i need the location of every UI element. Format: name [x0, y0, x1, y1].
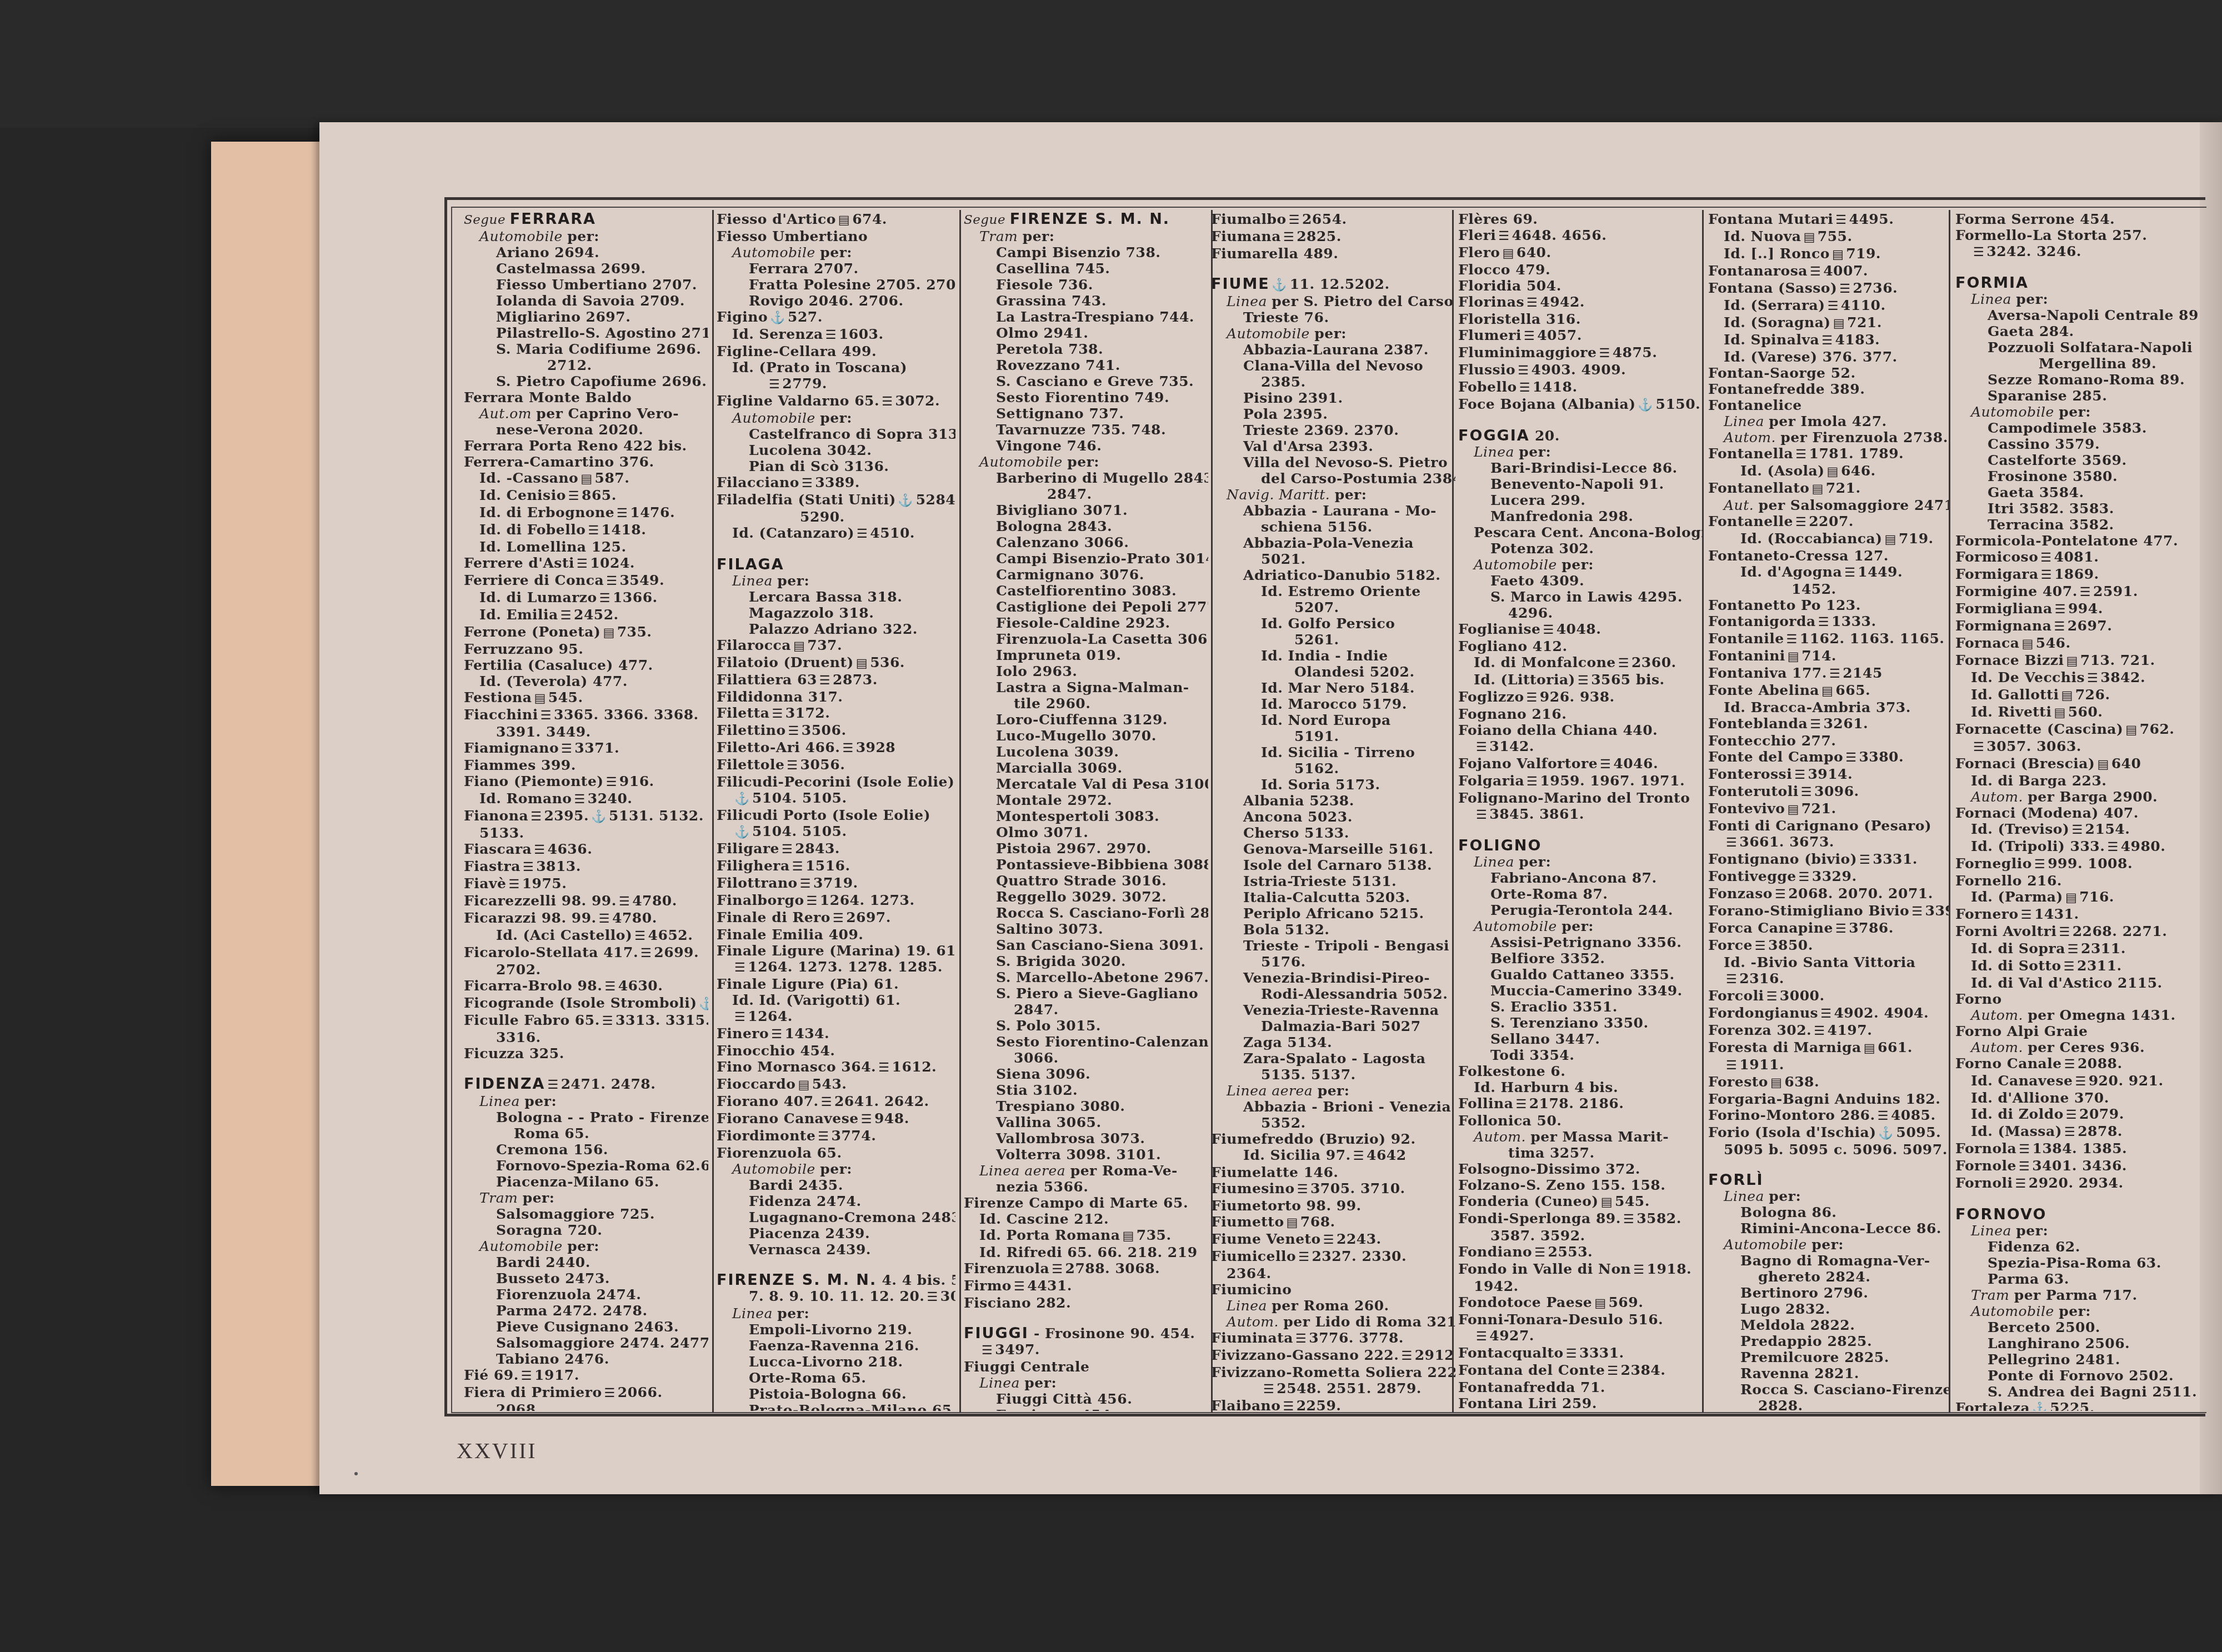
index-entry: Filettino☰3506. [717, 722, 955, 739]
index-entry: Id. Bracca-Ambria 373. [1708, 699, 1950, 715]
bus-icon: ☰ [1623, 1212, 1634, 1228]
index-entry: Venezia-Brindisi-Pireo- [1211, 970, 1455, 986]
index-entry: Fontanini▤714. [1708, 648, 1950, 665]
index-entry: Cassino 3579. [1955, 436, 2205, 452]
column-divider [1452, 210, 1454, 1413]
connection-label: Autom. per Massa Marit- [1458, 1129, 1703, 1145]
index-entry: Floristella 316. [1458, 311, 1703, 327]
bus-icon: ☰ [2040, 550, 2051, 566]
bus-icon: ☰ [771, 1027, 782, 1043]
index-entry: Fiavè☰1975. [464, 875, 708, 893]
index-entry: S. Marcello-Abetone 2967. [964, 969, 1208, 985]
index-entry: Fiera di Primiero☰2066. [464, 1384, 708, 1401]
bus-icon: ☰ [1786, 632, 1798, 648]
index-entry: schiena 5156. [1211, 519, 1455, 535]
index-entry: Id. (Massa)☰2878. [1955, 1123, 2205, 1140]
connection-label: Automobile per: [717, 244, 955, 261]
index-entry: Ferrone (Poneta)▤735. [464, 624, 708, 641]
index-entry: Id. Cascine 212. [964, 1211, 1208, 1227]
bus-icon: ☰ [861, 1112, 872, 1128]
bus-icon: ☰ [2064, 1057, 2075, 1073]
index-entry: 2068. [464, 1401, 708, 1411]
index-entry: Id. di Val d'Astico 2115. [1955, 975, 2205, 991]
index-entry: Fiesso Umbertiano [717, 228, 955, 244]
bus-icon: ☰ [1476, 739, 1487, 755]
index-entry: Id. Romano☰3240. [464, 790, 708, 808]
tram-icon: ▤ [2054, 705, 2065, 721]
section-spacer [1211, 262, 1455, 276]
index-entry: ☰1264. 1273. 1278. 1285. [717, 959, 955, 976]
index-entry: 5095 b. 5095 c. 5096. 5097. 5098. [1708, 1142, 1950, 1158]
bus-icon: ☰ [617, 505, 628, 522]
index-entry: Id. India - Indie [1211, 648, 1455, 664]
index-entry: nese-Verona 2020. [464, 422, 708, 438]
index-entry: Pontassieve-Bibbiena 3088. [964, 857, 1208, 873]
column-divider [712, 210, 714, 1413]
index-entry: Fiamignano☰3371. [464, 740, 708, 757]
connection-label: Tram per Parma 717. [1955, 1287, 2205, 1303]
index-entry: Vernasca 2439. [717, 1241, 955, 1258]
index-entry: Bari-Brindisi-Lecce 86. [1458, 460, 1703, 476]
index-column-4: Fiumalbo☰2654.Fiumana☰2825.Fiumarella 48… [1211, 211, 1455, 1411]
index-entry: Muccia-Camerino 3349. [1458, 983, 1703, 999]
index-entry: Ancona 5023. [1211, 809, 1455, 825]
bus-icon: ☰ [769, 377, 780, 393]
index-entry: Olmo 2941. [964, 325, 1208, 341]
index-entry: Formigine 407.☰2591. [1955, 583, 2205, 600]
index-entry: 5290. [717, 509, 955, 525]
index-entry: Fontanella☰1781. 1789. [1708, 445, 1950, 463]
index-entry: Foresta di Marniga▤661. [1708, 1039, 1950, 1057]
index-entry: Migliarino 2697. [464, 309, 708, 325]
index-entry: Folsogno-Dissimo 372. [1458, 1161, 1703, 1177]
index-entry: Fontana Mutari☰4495. [1708, 211, 1950, 228]
index-entry: Clana-Villa del Nevoso [1211, 358, 1455, 374]
section-spacer [464, 1062, 708, 1076]
index-entry: Trespiano 3080. [964, 1098, 1208, 1114]
index-entry: Filetta☰3172. [717, 705, 955, 722]
bus-icon: ☰ [1726, 972, 1737, 988]
index-entry: Bola 5132. [1211, 922, 1455, 938]
index-entry: Sparanise 285. [1955, 388, 2205, 404]
index-entry: Zaga 5134. [1211, 1034, 1455, 1050]
index-entry: Isole del Carnaro 5138. [1211, 857, 1455, 873]
scan-background [0, 0, 2222, 128]
index-entry: Piacenza 2439. [717, 1225, 955, 1241]
index-entry: Pistoia-Bologna 66. [717, 1386, 955, 1402]
index-entry: Ficarra-Brolo 98.☰4630. [464, 978, 708, 995]
tram-icon: ▤ [1811, 481, 1823, 497]
index-entry: Fontana Liri 259. [1458, 1395, 1703, 1411]
connection-label: Linea per: [1708, 1188, 1950, 1204]
bus-icon: ☰ [560, 608, 572, 624]
bus-icon: ☰ [2080, 584, 2091, 600]
bus-icon: ☰ [2064, 959, 2075, 975]
station-heading: FIRENZE S. M. N. 4. 4 bis. 5. [717, 1272, 955, 1288]
section-spacer [1458, 413, 1703, 428]
index-entry: Fiorenzuola 2474. [464, 1286, 708, 1303]
bus-icon: ☰ [2064, 1124, 2075, 1140]
bus-icon: ☰ [1578, 673, 1589, 689]
index-entry: Lucolena 3042. [717, 442, 955, 458]
bus-icon: ☰ [857, 526, 868, 542]
bus-icon: ☰ [2055, 602, 2066, 618]
index-entry: 1942. [1458, 1278, 1703, 1294]
index-entry: ⚓5104. 5105. [717, 823, 955, 840]
index-entry: Parma 63. [1955, 1271, 2205, 1287]
connection-label: Automobile per: [1708, 1237, 1950, 1253]
bus-icon: ☰ [561, 741, 572, 757]
tram-icon: ▤ [1787, 802, 1799, 818]
bus-icon: ☰ [604, 1385, 615, 1401]
index-entry: Settignano 737. [964, 406, 1208, 422]
index-entry: Fluminimaggiore☰4875. [1458, 344, 1703, 362]
bus-icon: ☰ [800, 876, 811, 892]
bus-icon: ☰ [1839, 281, 1850, 297]
index-entry: Firenze Campo di Marte 65. [964, 1195, 1208, 1211]
index-entry: Fondiano☰2553. [1458, 1244, 1703, 1261]
index-column-3: Segue FIRENZE S. M. N.Tram per:Campi Bis… [964, 211, 1208, 1411]
bus-icon: ☰ [807, 893, 818, 909]
connection-label: Linea per: [717, 1305, 955, 1321]
index-entry: Id. (Tripoli) 333.☰4980. [1955, 838, 2205, 855]
index-entry: Ficarezzelli 98. 99.☰4780. [464, 893, 708, 910]
index-entry: Fiesole 736. [964, 277, 1208, 293]
index-entry: Id. -Cassano▤587. [464, 470, 708, 487]
index-entry: Fontaneto-Cressa 127. [1708, 548, 1950, 564]
bus-icon: ☰ [821, 1094, 832, 1110]
bus-icon: ☰ [634, 928, 645, 944]
index-entry: Fioccardo▤543. [717, 1076, 955, 1093]
bus-icon: ☰ [599, 911, 610, 927]
index-entry: Lugagnano-Cremona 2483. [717, 1209, 955, 1225]
index-entry: Ferrere d'Asti☰1024. [464, 555, 708, 572]
index-entry: Aversa-Napoli Centrale 89 [1955, 307, 2205, 323]
index-entry: Firmo☰4431. [964, 1278, 1208, 1295]
bus-icon: ☰ [1534, 1245, 1545, 1261]
connection-label: Linea per S. Pietro del Carso - [1211, 293, 1455, 309]
index-entry: Fondo in Valle di Non☰1918. [1458, 1261, 1703, 1278]
index-entry: Fratta Polesine 2705. 2706. [717, 277, 955, 293]
station-heading: FIDENZA☰2471. 2478. [464, 1076, 708, 1093]
tram-icon: ▤ [1601, 1194, 1613, 1210]
index-entry: Id. di Zoldo☰2079. [1955, 1106, 2205, 1123]
bus-icon: ☰ [792, 859, 803, 875]
index-entry: Vingone 746. [964, 438, 1208, 454]
bus-icon: ☰ [2015, 1176, 2026, 1192]
index-entry: Fiascara☰4636. [464, 841, 708, 858]
index-entry: Id. (Roccabianca)▤719. [1708, 530, 1950, 548]
connection-label: Linea aerea per Roma-Ve- [964, 1163, 1208, 1179]
index-entry: Fobello☰1418. [1458, 379, 1703, 396]
index-entry: Fontignano (bivio)☰3331. [1708, 851, 1950, 868]
index-entry: Fonteblanda☰3261. [1708, 715, 1950, 733]
index-entry: Rimini-Ancona-Lecce 86. [1708, 1220, 1950, 1237]
tram-icon: ▤ [1122, 1228, 1134, 1244]
index-column-7: Forma Serrone 454.Formello-La Storta 257… [1955, 211, 2205, 1411]
connection-label: Autom. per Firenzuola 2738. [1708, 429, 1950, 445]
index-entry: Fontana (Sasso)☰2736. [1708, 280, 1950, 297]
index-entry: Fiumalbo☰2654. [1211, 211, 1455, 228]
tram-icon: ▤ [2125, 722, 2137, 738]
index-entry: Forcoli☰3000. [1708, 988, 1950, 1005]
index-entry: Fiumarella 489. [1211, 246, 1455, 262]
bus-icon: ☰ [1835, 212, 1846, 228]
bus-icon: ☰ [1878, 1108, 1889, 1124]
continued-heading: Segue FERRARA [464, 211, 708, 228]
index-entry: Fleri☰4648. 4656. [1458, 227, 1703, 244]
index-entry: Id. (Littoria)☰3565 bis. [1458, 672, 1703, 689]
index-entry: Fontacqualto☰3331. [1458, 1345, 1703, 1362]
bus-icon: ☰ [508, 877, 519, 893]
index-entry: Id. (Teverola) 477. [464, 673, 708, 689]
index-entry: 2828. [1708, 1398, 1950, 1411]
index-entry: 5207. [1211, 599, 1455, 615]
index-entry: 5021. [1211, 551, 1455, 567]
tram-icon: ▤ [2097, 757, 2109, 773]
index-entry: Id. Emilia☰2452. [464, 607, 708, 624]
index-entry: Fontanarosa☰4007. [1708, 263, 1950, 280]
index-entry: Fordongianus☰4902. 4904. [1708, 1005, 1950, 1022]
index-entry: Pistoia 2967. 2970. [964, 840, 1208, 857]
bus-icon: ☰ [523, 859, 534, 875]
index-entry: Italia-Calcutta 5203. [1211, 889, 1455, 905]
index-entry: Fiumicello☰2327. 2330. [1211, 1248, 1455, 1265]
index-entry: Olmo 3071. [964, 824, 1208, 840]
index-entry: Adriatico-Danubio 5182. [1211, 567, 1455, 583]
index-entry: Ficulle Fabro 65.☰3313. 3315. [464, 1012, 708, 1029]
index-entry: Campodimele 3583. [1955, 420, 2205, 436]
index-entry: Id. (Serrara)☰4110. [1708, 297, 1950, 314]
index-entry: Fornero☰1431. [1955, 906, 2205, 923]
index-entry: Folgaria☰1959. 1967. 1971. [1458, 773, 1703, 790]
index-entry: Fiesso Umbertiano 2707. [464, 277, 708, 293]
index-entry: Abbazia - Laurana - Mo- [1211, 503, 1455, 519]
index-entry: Luco-Mugello 3070. [964, 728, 1208, 744]
connection-label: Automobile per: [964, 454, 1208, 470]
index-entry: Fornola☰1384. 1385. [1955, 1140, 2205, 1158]
section-spacer [1458, 823, 1703, 838]
index-entry: Fiumefreddo (Bruzio) 92. [1211, 1131, 1455, 1147]
bus-icon: ☰ [1515, 1097, 1527, 1113]
index-entry: Follonica 50. [1458, 1113, 1703, 1129]
index-entry: Fontanellato▤721. [1708, 480, 1950, 497]
index-entry: Fortaleza⚓5225. [1955, 1400, 2205, 1411]
tram-icon: ▤ [856, 655, 868, 672]
index-entry: Finero☰1434. [717, 1025, 955, 1043]
connection-label: Linea per Imola 427. [1708, 413, 1950, 429]
index-entry: 7. 8. 9. 10. 11. 12. 20.☰3079 [717, 1288, 955, 1305]
index-entry: Fonderia (Cuneo)▤545. [1458, 1193, 1703, 1210]
index-entry: Rodi-Alessandria 5052. [1211, 986, 1455, 1002]
index-entry: Id. (Soragna)▤721. [1708, 314, 1950, 332]
index-entry: Forni Avoltri☰2268. 2271. [1955, 923, 2205, 940]
index-entry: 5352. [1211, 1115, 1455, 1131]
index-entry: Fiuggi Città 456. [964, 1391, 1208, 1407]
index-entry: Parma 2472. 2478. [464, 1303, 708, 1319]
connection-label: Automobile per: [464, 228, 708, 244]
index-entry: 2364. [1211, 1265, 1455, 1281]
connection-label: Linea per: [964, 1375, 1208, 1391]
index-entry: Id. Harburn 4 bis. [1458, 1079, 1703, 1095]
index-entry: Id. Porta Romana▤735. [964, 1227, 1208, 1244]
section-spacer [1955, 261, 2205, 275]
index-entry: ☰2316. [1708, 970, 1950, 988]
index-entry: 3587. 3592. [1458, 1228, 1703, 1244]
index-entry: S. Andrea dei Bagni 2511. [1955, 1384, 2205, 1400]
index-entry: Fiordimonte☰3774. [717, 1128, 955, 1145]
bus-icon: ☰ [1498, 228, 1509, 244]
index-entry: Pilastrello-S. Agostino 2718. [464, 325, 708, 341]
index-entry: Dalmazia-Bari 5027 [1211, 1018, 1455, 1034]
index-entry: Id. (Aci Castello)☰4652. [464, 927, 708, 944]
bus-icon: ☰ [1566, 1346, 1577, 1362]
index-entry: Cherso 5133. [1211, 825, 1455, 841]
index-column-5: Flères 69.Fleri☰4648. 4656.Flero▤640.Flo… [1458, 211, 1703, 1411]
index-entry: Iolo 2963. [964, 663, 1208, 679]
bus-icon: ☰ [734, 1009, 745, 1025]
index-entry: Formignana☰2697. [1955, 618, 2205, 635]
index-entry: Meldola 2822. [1708, 1317, 1950, 1333]
index-entry: Cremona 156. [464, 1142, 708, 1158]
index-entry: S. Terenziano 3350. [1458, 1015, 1703, 1031]
index-entry: Bagno di Romagna-Ver- [1708, 1253, 1950, 1269]
index-entry: Carmignano 3076. [964, 567, 1208, 583]
index-entry: 4296. [1458, 605, 1703, 621]
index-entry: Flocco 479. [1458, 262, 1703, 278]
bus-icon: ☰ [574, 792, 585, 808]
index-entry: Fiumicino [1211, 1281, 1455, 1298]
connection-label: Autom. per Barga 2900. [1955, 789, 2205, 805]
index-entry: Fornacette (Cascina)▤762. [1955, 721, 2205, 738]
bus-icon: ☰ [1543, 622, 1554, 638]
index-entry: Impruneta 019. [964, 647, 1208, 663]
index-entry: Soragna 720. [464, 1222, 708, 1238]
index-entry: Fornaci (Brescia)▤640 [1955, 755, 2205, 773]
index-entry: Predappio 2825. [1708, 1333, 1950, 1349]
bus-icon: ☰ [1599, 346, 1610, 362]
index-entry: Id. [..] Ronco▤719. [1708, 246, 1950, 263]
index-entry: Id. Nord Europa [1211, 712, 1455, 728]
index-entry: Festiona▤545. [464, 689, 708, 707]
bus-icon: ☰ [1297, 1182, 1308, 1198]
index-entry: Fontevivo▤721. [1708, 800, 1950, 818]
index-entry: Olandesi 5202. [1211, 664, 1455, 680]
ship-icon: ⚓ [699, 996, 708, 1012]
index-entry: Fontivegge☰3329. [1708, 868, 1950, 885]
index-entry: Forma Serrone 454. [1955, 211, 2205, 227]
station-heading: FORMIA [1955, 275, 2205, 291]
index-entry: Fiastra☰3813. [464, 858, 708, 875]
index-entry: Fontanigorda☰1333. [1708, 613, 1950, 630]
index-entry: Trieste 76. [1211, 309, 1455, 326]
index-entry: Volterra 3098. 3101. [964, 1147, 1208, 1163]
bus-icon: ☰ [1401, 1348, 1412, 1364]
index-entry: Ariano 2694. [464, 244, 708, 261]
bus-icon: ☰ [1527, 295, 1538, 311]
bus-icon: ☰ [1818, 614, 1829, 630]
index-entry: ☰1911. [1708, 1057, 1950, 1074]
connection-label: Linea per: [1458, 854, 1703, 870]
index-entry: Fiano (Piemonte)☰916. [464, 773, 708, 790]
index-entry: Abbazia - Brioni - Venezia [1211, 1099, 1455, 1115]
station-heading: FOGGIA 20. [1458, 428, 1703, 444]
index-entry: Figline-Cellara 499. [717, 343, 955, 359]
index-entry: Fojano Valfortore☰4046. [1458, 755, 1703, 773]
index-entry: Abbazia-Laurana 2387. [1211, 342, 1455, 358]
index-entry: Quattro Strade 3016. [964, 873, 1208, 889]
index-entry: Belfiore 3352. [1458, 950, 1703, 967]
section-spacer [717, 542, 955, 557]
connection-label: Aut. per Salsomaggiore 2471. [1708, 497, 1950, 513]
tram-icon: ▤ [1770, 1075, 1782, 1091]
bus-icon: ☰ [1014, 1279, 1025, 1295]
ship-icon: ⚓ [1272, 277, 1288, 293]
section-spacer [964, 1311, 1208, 1325]
index-entry: Itri 3582. 3583. [1955, 500, 2205, 517]
bus-icon: ☰ [842, 740, 853, 757]
index-entry: Id. di Barga 223. [1955, 773, 2205, 789]
index-entry: Forno Canale☰2088. [1955, 1055, 2205, 1073]
index-entry: Orte-Roma 65. [717, 1370, 955, 1386]
station-heading: FORNOVO [1955, 1207, 2205, 1223]
index-entry: Fornaci (Modena) 407. [1955, 805, 2205, 821]
station-heading: FILAGA [717, 557, 955, 573]
bus-icon: ☰ [1755, 938, 1766, 954]
index-column-2: Fiesso d'Artico▤674.Fiesso UmbertianoAut… [717, 211, 955, 1411]
index-entry: Id. De Vecchis☰3842. [1955, 669, 2205, 687]
tram-icon: ▤ [603, 625, 614, 641]
index-entry: Filacciano☰3389. [717, 474, 955, 492]
index-entry: Zara-Spalato - Lagosta [1211, 1050, 1455, 1067]
index-entry: Fildidonna 317. [717, 689, 955, 705]
index-entry: Id. di Lumarzo☰1366. [464, 589, 708, 607]
bus-icon: ☰ [1810, 264, 1821, 280]
index-entry: Lastra a Signa-Malman- [964, 679, 1208, 695]
bus-icon: ☰ [1814, 1023, 1825, 1039]
index-entry: Fornaca▤546. [1955, 635, 2205, 652]
connection-label: Linea per Roma 260. [1211, 1298, 1455, 1314]
bus-icon: ☰ [1795, 514, 1806, 530]
connection-label: Aut.om per Caprino Vero- [464, 406, 708, 422]
tram-icon: ▤ [2061, 688, 2073, 704]
index-entry: Bardi 2440. [464, 1254, 708, 1270]
bus-icon: ☰ [619, 894, 630, 910]
bus-icon: ☰ [2071, 822, 2083, 838]
tram-icon: ▤ [1594, 1295, 1606, 1311]
index-entry: Busseto 2473. [464, 1270, 708, 1286]
index-entry: Potenza 302. [1458, 540, 1703, 557]
bus-icon: ☰ [1775, 887, 1786, 903]
bus-icon: ☰ [1519, 380, 1530, 396]
index-entry: Id. -Bivio Santa Vittoria [1708, 954, 1950, 970]
index-entry: Forca Canapine☰3786. [1708, 920, 1950, 937]
index-entry: 5191. [1211, 728, 1455, 744]
index-entry: Formigara☰1869. [1955, 566, 2205, 583]
index-entry: Gualdo Cattaneo 3355. [1458, 967, 1703, 983]
index-entry: Finocchio 454. [717, 1043, 955, 1059]
tram-icon: ▤ [2065, 890, 2077, 906]
index-entry: 3066. [964, 1050, 1208, 1066]
index-entry: Fiammes 399. [464, 757, 708, 773]
index-entry: Foglizzo☰926. 938. [1458, 689, 1703, 706]
index-entry: Fianona☰2395.⚓5131. 5132. [464, 808, 708, 825]
index-entry: Flaibano☰2259. [1211, 1398, 1455, 1411]
index-entry: Ficuzza 325. [464, 1045, 708, 1062]
index-entry: Casellina 745. [964, 261, 1208, 277]
station-heading: FOLIGNO [1458, 838, 1703, 854]
index-entry: Fiume Veneto☰2243. [1211, 1231, 1455, 1248]
